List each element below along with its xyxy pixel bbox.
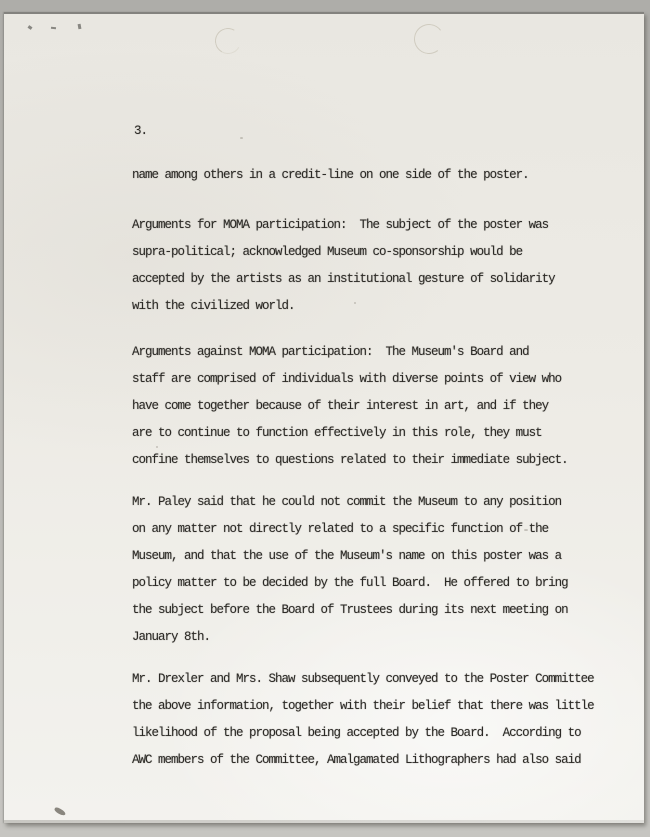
pencil-mark xyxy=(51,27,56,29)
page-number: 3. xyxy=(134,118,147,145)
text-line: accepted by the artists as an institutio… xyxy=(132,266,602,293)
text-line: confine themselves to questions related … xyxy=(132,447,602,474)
text-line: staff are comprised of individuals with … xyxy=(132,366,602,393)
paragraph: Arguments against MOMA participation: Th… xyxy=(132,339,602,474)
text-line: Mr. Drexler and Mrs. Shaw subsequently c… xyxy=(132,666,602,693)
text-line: AWC members of the Committee, Amalgamate… xyxy=(132,747,602,774)
ring-stain xyxy=(412,22,446,56)
text-line: have come together because of their inte… xyxy=(132,393,602,420)
text-line: are to continue to function effectively … xyxy=(132,420,602,447)
text-line: on any matter not directly related to a … xyxy=(132,516,602,543)
text-line: Arguments for MOMA participation: The su… xyxy=(132,212,602,239)
text-line: Mr. Paley said that he could not commit … xyxy=(132,489,602,516)
text-line: policy matter to be decided by the full … xyxy=(132,570,602,597)
paragraph: name among others in a credit-line on on… xyxy=(132,162,602,189)
text-line: the subject before the Board of Trustees… xyxy=(132,597,602,624)
text-line: with the civilized world. xyxy=(132,293,602,320)
text-line: name among others in a credit-line on on… xyxy=(132,162,602,189)
text-line: Arguments against MOMA participation: Th… xyxy=(132,339,602,366)
document-body: name among others in a credit-line on on… xyxy=(132,162,602,774)
pencil-mark xyxy=(28,25,33,30)
text-line: January 8th. xyxy=(132,624,602,651)
paragraph: Arguments for MOMA participation: The su… xyxy=(132,212,602,320)
text-line: Museum, and that the use of the Museum's… xyxy=(132,543,602,570)
ring-stain xyxy=(212,25,244,57)
dust-speck xyxy=(240,137,243,139)
document-page: 3. name among others in a credit-line on… xyxy=(4,12,644,823)
text-line: supra-political; acknowledged Museum co-… xyxy=(132,239,602,266)
paragraph: Mr. Paley said that he could not commit … xyxy=(132,489,602,651)
paragraph: Mr. Drexler and Mrs. Shaw subsequently c… xyxy=(132,666,602,774)
ink-speck xyxy=(54,806,67,816)
scanner-background: 3. name among others in a credit-line on… xyxy=(0,0,650,837)
pencil-mark xyxy=(78,24,82,29)
text-line: the above information, together with the… xyxy=(132,693,602,720)
text-line: likelihood of the proposal being accepte… xyxy=(132,720,602,747)
